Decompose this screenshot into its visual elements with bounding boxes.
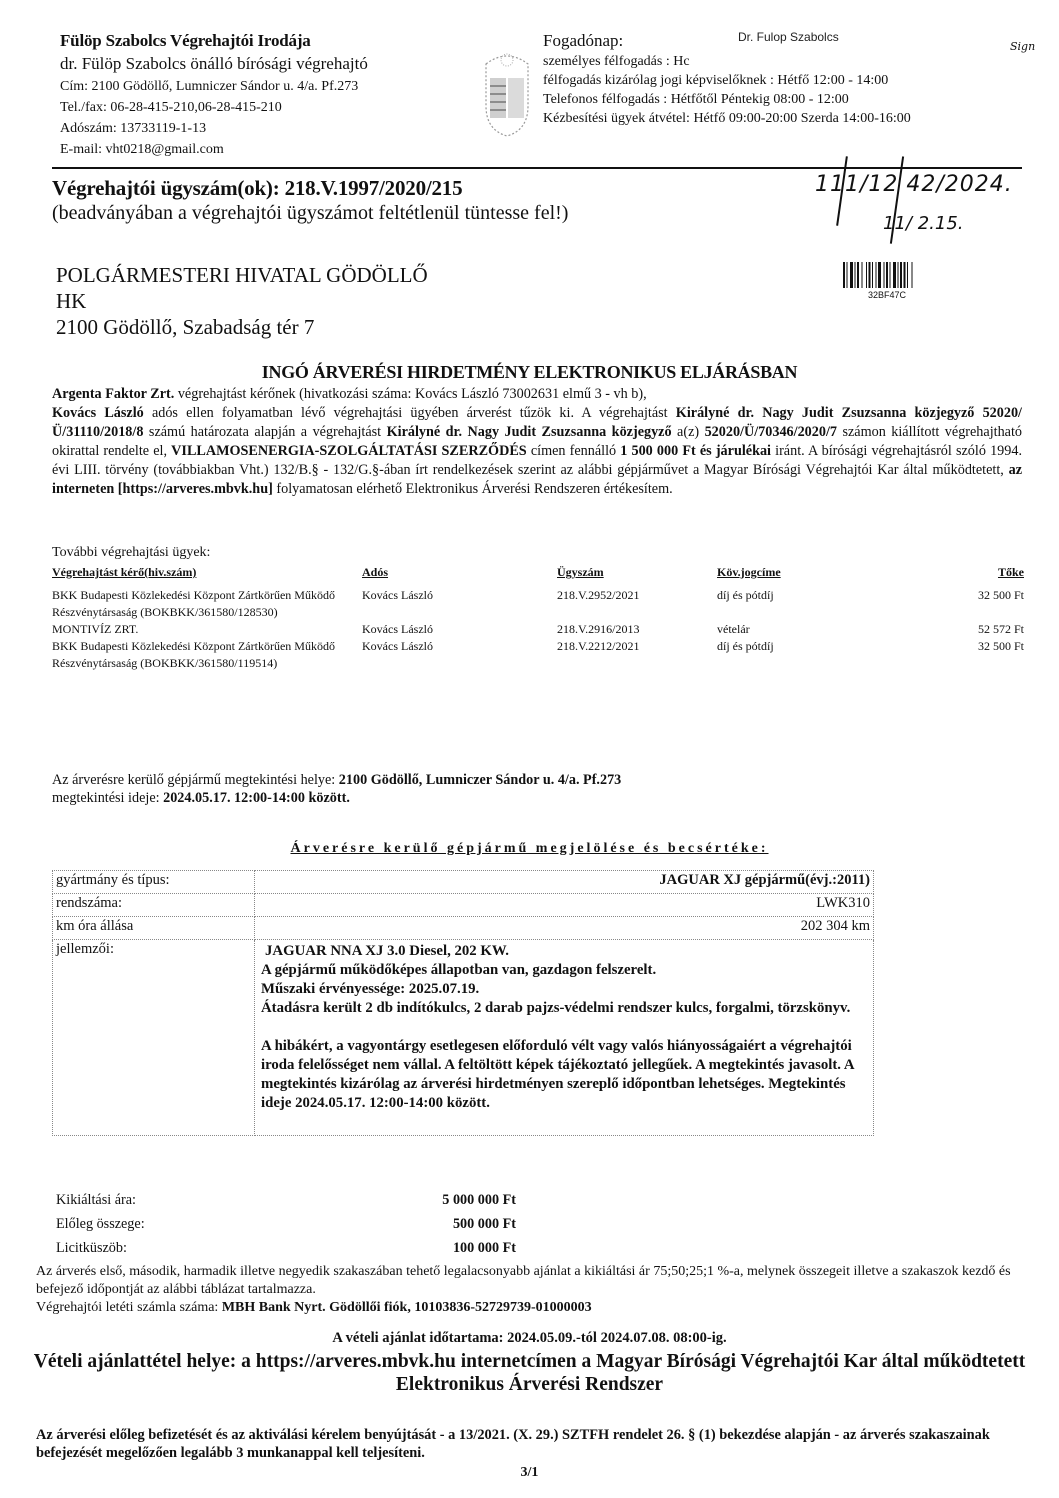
enforceable-document-number: 52020/Ü/70346/2020/7	[705, 424, 837, 440]
deposit-label: Előleg összege:	[56, 1212, 145, 1236]
office-address: Cím: 2100 Gödöllő, Lumniczer Sándor u. 4…	[60, 76, 460, 97]
price-row: Kikiáltási ára: 5 000 000 Ft	[56, 1188, 516, 1212]
coat-of-arms-icon	[478, 46, 536, 138]
recipient-block: POLGÁRMESTERI HIVATAL GÖDÖLLŐ HK 2100 Gö…	[56, 262, 428, 340]
claim-amount: 1 500 000 Ft és járulékai	[620, 443, 771, 459]
column-header: Ügyszám	[557, 564, 717, 581]
cell-debtor: Kovács László	[362, 638, 557, 672]
table-row: BKK Budapesti Közlekedési Központ Zártkö…	[52, 587, 1024, 621]
creditor-name: Argenta Faktor Zrt.	[52, 386, 174, 402]
vehicle-make-value: JAGUAR XJ gépjármű(évj.:2011)	[255, 871, 874, 894]
intro-text: adós ellen folyamatban lévő végrehajtási…	[144, 405, 676, 421]
reception-line: Kézbesítési ügyek átvétel: Hétfő 09:00-2…	[543, 109, 1013, 128]
intro-text: címen fennálló	[527, 443, 621, 459]
contract-title: VILLAMOSENERGIA-SZOLGÁLTATÁSI SZERZŐDÉS	[171, 443, 527, 459]
table-row: rendszáma: LWK310	[53, 894, 874, 917]
cell-creditor: MONTIVÍZ ZRT.	[52, 621, 362, 638]
debtor-name: Kovács László	[52, 405, 144, 421]
barcode-icon	[843, 262, 955, 288]
vehicle-odometer-value: 202 304 km	[255, 917, 874, 940]
office-name: Fülöp Szabolcs Végrehajtói Irodája	[60, 30, 460, 52]
intro-text: a(z)	[672, 424, 705, 440]
feature-line: Műszaki érvényessége: 2025.07.19.	[261, 980, 863, 999]
other-cases-table: Végrehajtást kérő(hiv.szám) Adós Ügyszám…	[52, 564, 1024, 672]
stamp-name: Dr. Fulop Szabolcs	[738, 30, 839, 44]
column-header: Végrehajtást kérő(hiv.szám)	[52, 564, 362, 581]
table-row: gyártmány és típus: JAGUAR XJ gépjármű(é…	[53, 871, 874, 894]
reception-line: személyes félfogadás : Hc	[543, 52, 1013, 71]
case-note: (beadványában a végrehajtói ügyszámot fe…	[52, 202, 568, 225]
reception-hours: Fogadónap: személyes félfogadás : Hc fél…	[543, 30, 1013, 128]
feature-line: A gépjármű működőképes állapotban van, g…	[261, 961, 863, 980]
cell-creditor: BKK Budapesti Közlekedési Központ Zártkö…	[52, 587, 362, 621]
vehicle-table: gyártmány és típus: JAGUAR XJ gépjármű(é…	[52, 870, 874, 1136]
handwritten-registry-number: 111/12 42/2024.	[815, 172, 1013, 197]
recipient-name: POLGÁRMESTERI HIVATAL GÖDÖLLŐ	[56, 262, 428, 288]
price-list: Kikiáltási ára: 5 000 000 Ft Előleg össz…	[56, 1188, 516, 1260]
price-row: Licitküszöb: 100 000 Ft	[56, 1236, 516, 1260]
table-row: jellemzői: JAGUAR NNA XJ 3.0 Diesel, 202…	[53, 940, 874, 1136]
recipient-address: 2100 Gödöllő, Szabadság tér 7	[56, 314, 428, 340]
bid-increment-label: Licitküszöb:	[56, 1236, 127, 1260]
deposit-value: 500 000 Ft	[453, 1212, 516, 1236]
escrow-account-label: Végrehajtói letéti számla száma:	[36, 1300, 222, 1315]
cell-creditor: BKK Budapesti Közlekedési Központ Zártkö…	[52, 638, 362, 672]
viewing-place: 2100 Gödöllő, Lumniczer Sándor u. 4/a. P…	[339, 772, 621, 788]
cell-capital: 32 500 Ft	[882, 638, 1024, 672]
cell-case-number: 218.V.2212/2021	[557, 638, 717, 672]
table-row: BKK Budapesti Közlekedési Központ Zártkö…	[52, 638, 1024, 672]
viewing-time-label: megtekintési ideje:	[52, 790, 163, 806]
vehicle-disclaimer: A hibákért, a vagyontárgy esetlegesen el…	[261, 1037, 863, 1113]
vehicle-features: JAGUAR NNA XJ 3.0 Diesel, 202 KW. A gépj…	[255, 940, 874, 1136]
stages-text: Az árverés első, második, harmadik illet…	[36, 1263, 1026, 1299]
table-row: km óra állása 202 304 km	[53, 917, 874, 940]
table-header-row: Végrehajtást kérő(hiv.szám) Adós Ügyszám…	[52, 564, 1024, 587]
page-number: 3/1	[0, 1465, 1059, 1481]
vehicle-odometer-label: km óra állása	[53, 917, 255, 940]
vehicle-plate-value: LWK310	[255, 894, 874, 917]
signature: Sign	[1010, 40, 1035, 53]
offer-period: A vételi ajánlat időtartama: 2024.05.09.…	[0, 1330, 1059, 1347]
intro-paragraph: Argenta Faktor Zrt. végrehajtást kérőnek…	[52, 385, 1022, 499]
cell-capital: 32 500 Ft	[882, 587, 1024, 621]
price-row: Előleg összege: 500 000 Ft	[56, 1212, 516, 1236]
barcode-code: 32BF47C	[868, 290, 906, 300]
viewing-place-label: Az árverésre kerülő gépjármű megtekintés…	[52, 772, 339, 788]
office-header: Fülöp Szabolcs Végrehajtói Irodája dr. F…	[60, 30, 460, 160]
starting-price-label: Kikiáltási ára:	[56, 1188, 136, 1212]
offer-place: Vételi ajánlattétel helye: a https://arv…	[0, 1350, 1059, 1396]
office-tax-number: Adószám: 13733119-1-13	[60, 118, 460, 139]
intro-text: számú határozata alapján a végrehajtást	[143, 424, 386, 440]
viewing-time: 2024.05.17. 12:00-14:00 között.	[163, 790, 350, 806]
column-header: Köv.jogcíme	[717, 564, 882, 581]
cell-debtor: Kovács László	[362, 587, 557, 621]
reception-line: Telefonos félfogadás : Hétfőtől Péntekig…	[543, 90, 1013, 109]
column-header: Adós	[362, 564, 557, 581]
vehicle-section-heading: Árverésre kerülő gépjármű megjelölése és…	[0, 841, 1059, 857]
vehicle-features-label: jellemzői:	[53, 940, 255, 1136]
feature-line: Átadásra került 2 db indítókulcs, 2 dara…	[261, 999, 863, 1018]
footer-note: Az árverési előleg befizetését és az akt…	[36, 1426, 1026, 1462]
reception-line: félfogadás kizárólag jogi képviselőknek …	[543, 71, 1013, 90]
intro-text: végrehajtást kérőnek (hivatkozási száma:…	[174, 386, 646, 402]
column-header: Tőke	[882, 564, 1024, 581]
cell-debtor: Kovács László	[362, 621, 557, 638]
vehicle-make-label: gyártmány és típus:	[53, 871, 255, 894]
case-number: Végrehajtói ügyszám(ok): 218.V.1997/2020…	[52, 176, 462, 201]
cell-case-number: 218.V.2916/2013	[557, 621, 717, 638]
cell-case-number: 218.V.2952/2021	[557, 587, 717, 621]
cell-legal-title: vételár	[717, 621, 882, 638]
viewing-info: Az árverésre kerülő gépjármű megtekintés…	[52, 771, 621, 807]
table-row: MONTIVÍZ ZRT. Kovács László 218.V.2916/2…	[52, 621, 1024, 638]
escrow-account-value: MBH Bank Nyrt. Gödöllői fiók, 10103836-5…	[222, 1300, 592, 1315]
starting-price-value: 5 000 000 Ft	[442, 1188, 516, 1212]
cell-legal-title: díj és pótdíj	[717, 587, 882, 621]
spacer	[261, 1113, 863, 1133]
office-email[interactable]: E-mail: vht0218@gmail.com	[60, 139, 460, 160]
office-phone: Tel./fax: 06-28-415-210,06-28-415-210	[60, 97, 460, 118]
cell-capital: 52 572 Ft	[882, 621, 1024, 638]
intro-text: folyamatosan elérhető Elektronikus Árver…	[273, 481, 673, 497]
escrow-account: Végrehajtói letéti számla száma: MBH Ban…	[36, 1300, 592, 1316]
vehicle-plate-label: rendszáma:	[53, 894, 255, 917]
document-title: INGÓ ÁRVERÉSI HIRDETMÉNY ELEKTRONIKUS EL…	[0, 362, 1059, 383]
cell-legal-title: díj és pótdíj	[717, 638, 882, 672]
feature-line: JAGUAR NNA XJ 3.0 Diesel, 202 KW.	[261, 942, 863, 961]
other-cases-heading: További végrehajtási ügyek:	[52, 545, 210, 561]
handwritten-sub-number: 11/ 2.15.	[883, 213, 964, 234]
recipient-dept: HK	[56, 288, 428, 314]
bid-increment-value: 100 000 Ft	[453, 1236, 516, 1260]
officer-name: dr. Fülöp Szabolcs önálló bírósági végre…	[60, 52, 460, 76]
header-divider	[52, 167, 1022, 169]
notary-name: Királyné dr. Nagy Judit Zsuzsanna közjeg…	[387, 424, 672, 440]
